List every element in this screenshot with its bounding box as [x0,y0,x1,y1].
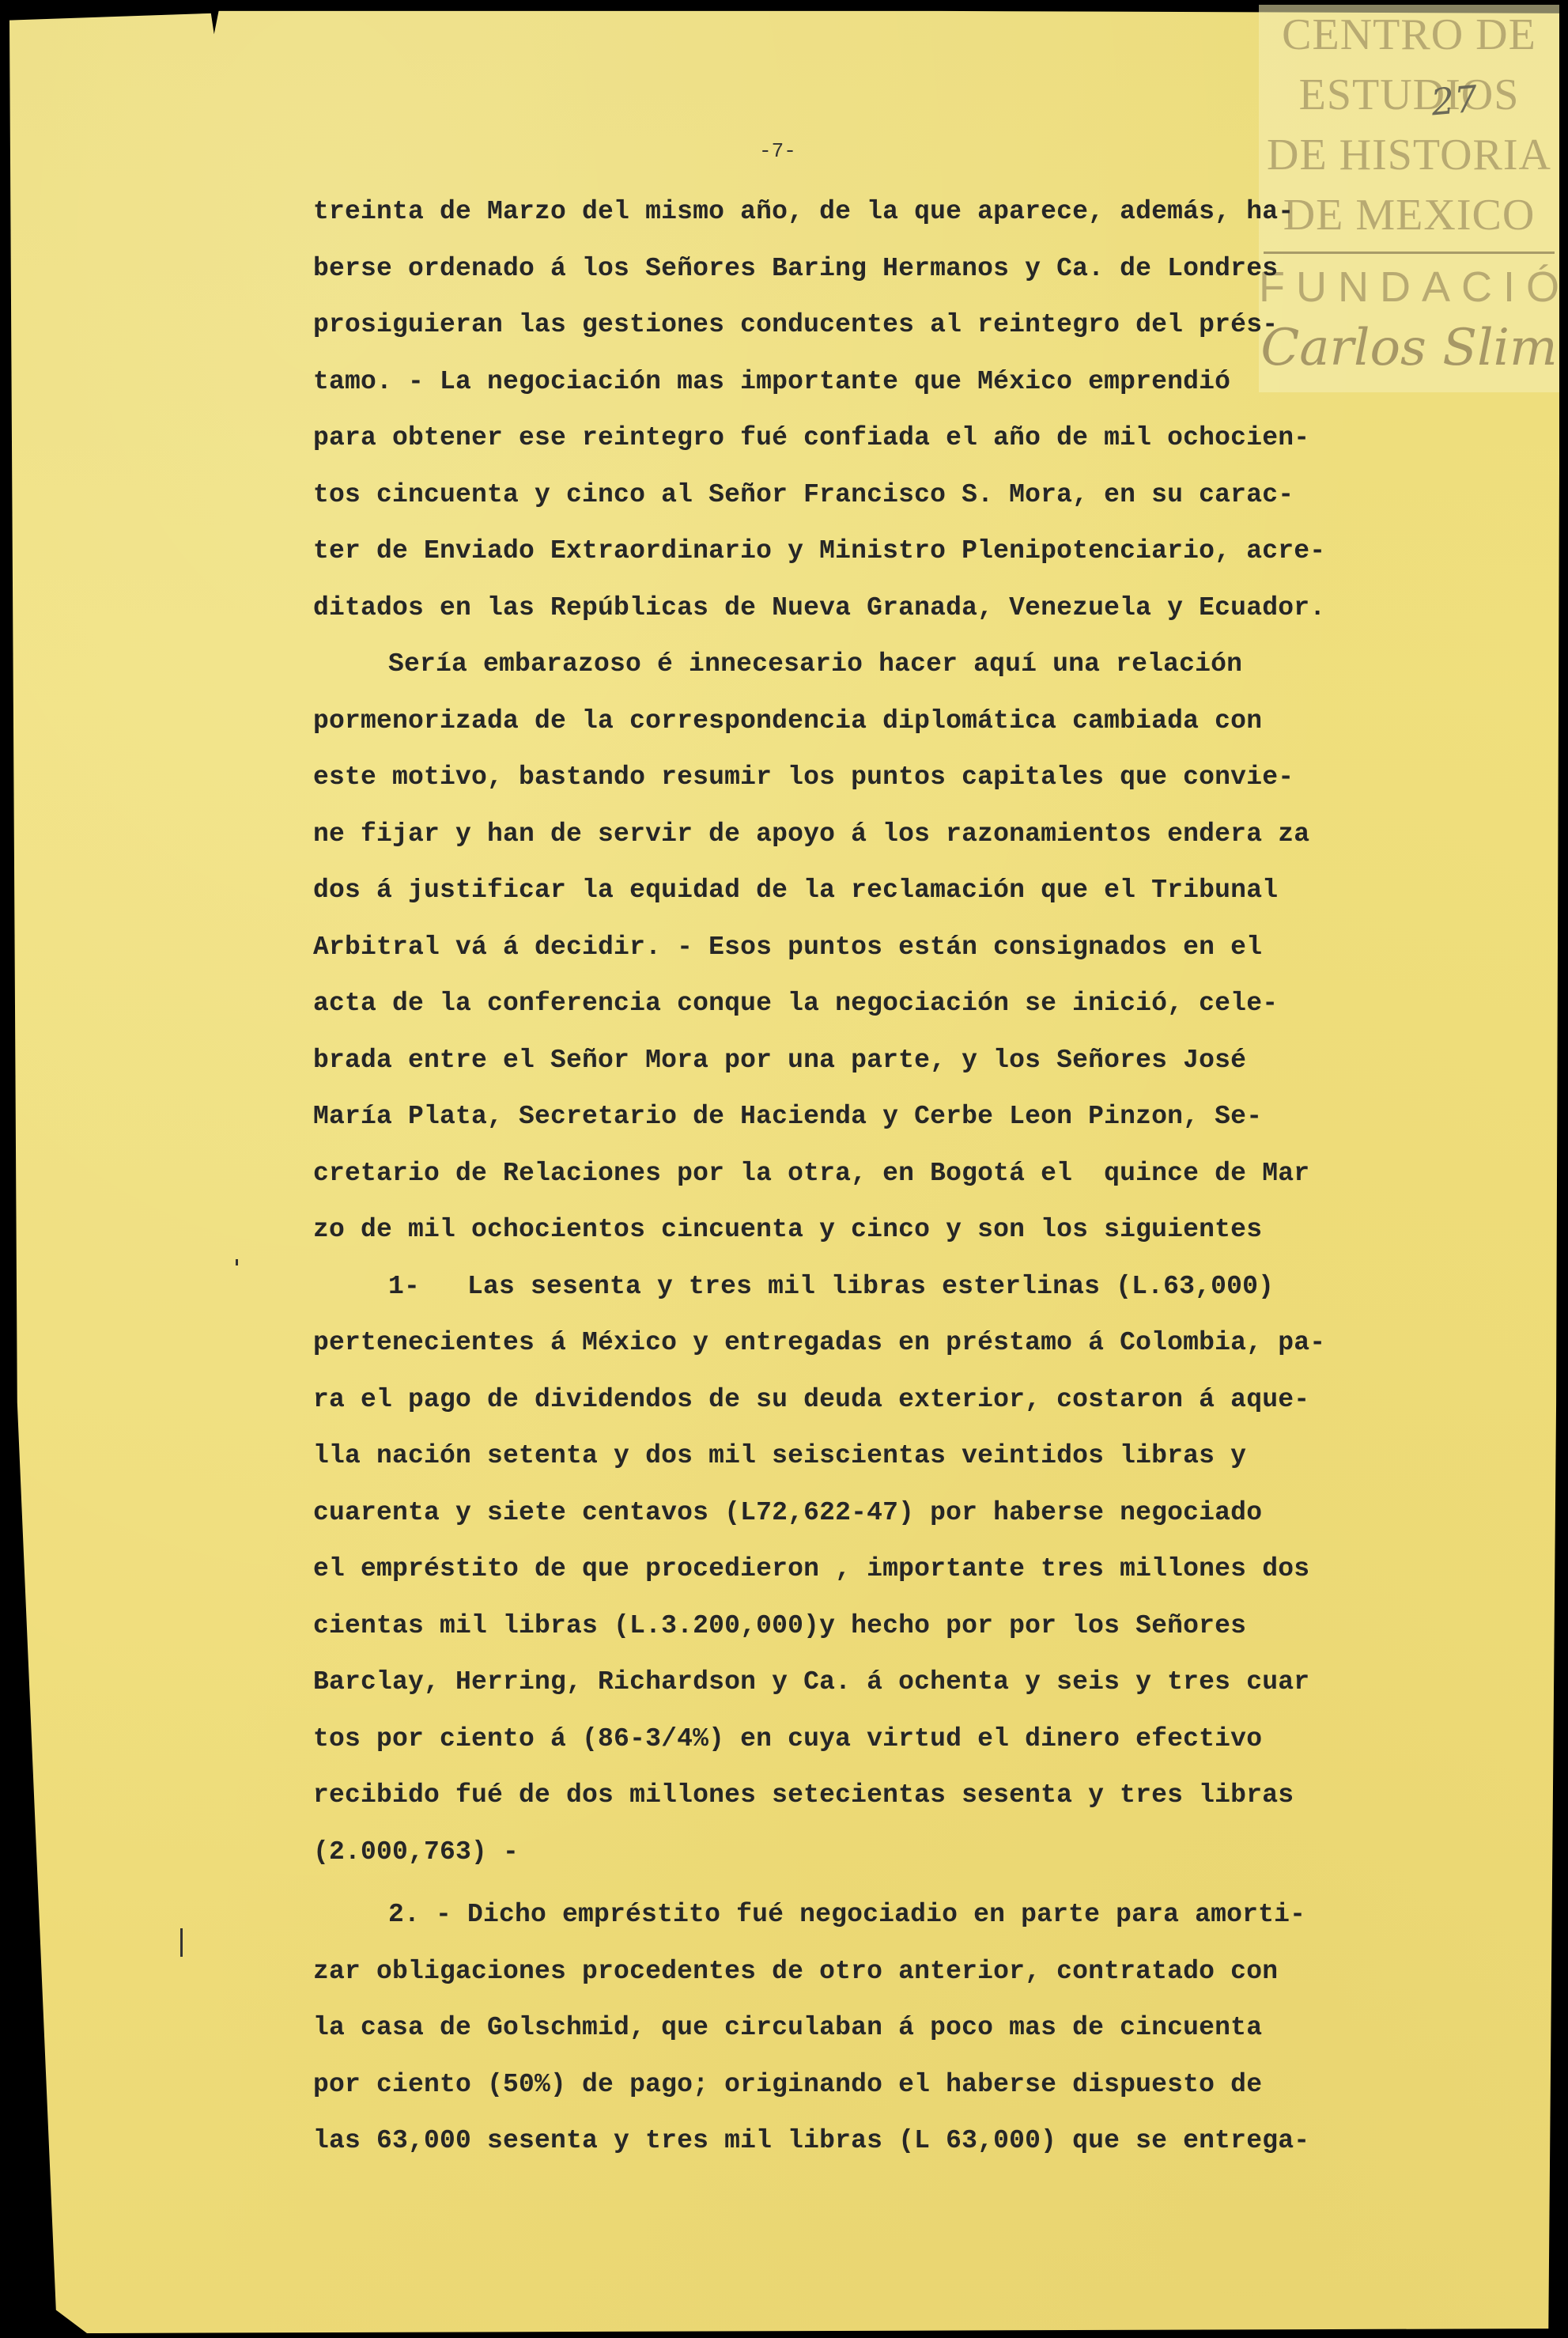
text-line: este motivo, bastando resumir los puntos… [313,749,1381,806]
paragraph-start-line: Sería embarazoso é innecesario hacer aqu… [313,636,1381,693]
list-item-2-start: 2. - Dicho empréstito fué negociadio en … [313,1886,1381,1943]
text-line: ne fijar y han de servir de apoyo á los … [313,806,1381,863]
text-line: Arbitral vá á decidir. - Esos puntos est… [313,919,1381,976]
text-line: las 63,000 sesenta y tres mil libras (L … [313,2113,1381,2170]
text-line: pertenecientes á México y entregadas en … [313,1315,1381,1371]
text-line: María Plata, Secretario de Hacienda y Ce… [313,1088,1381,1145]
text-line: Barclay, Herring, Richardson y Ca. á och… [313,1654,1381,1711]
text-line: berse ordenado á los Señores Baring Herm… [313,240,1381,297]
text-line: tos cincuenta y cinco al Señor Francisco… [313,467,1381,524]
text-line: ra el pago de dividendos de su deuda ext… [313,1371,1381,1428]
page-number: -7- [759,139,796,163]
text-line: cuarenta y siete centavos (L72,622-47) p… [313,1485,1381,1542]
watermark-line: ESTUDIOS [1259,65,1559,125]
margin-mark [236,1259,238,1265]
text-line: cientas mil libras (L.3.200,000)y hecho … [313,1598,1381,1655]
text-line: recibido fué de dos millones setecientas… [313,1767,1381,1824]
text-line: ter de Enviado Extraordinario y Ministro… [313,523,1381,580]
text-line: tos por ciento á (86-3/4%) en cuya virtu… [313,1711,1381,1768]
text-line: treinta de Marzo del mismo año, de la qu… [313,183,1381,240]
text-line: dos á justificar la equidad de la reclam… [313,862,1381,919]
text-line: el empréstito de que procedieron , impor… [313,1541,1381,1598]
text-line: cretario de Relaciones por la otra, en B… [313,1145,1381,1202]
text-line: zar obligaciones procedentes de otro ant… [313,1943,1381,2000]
watermark-line: CENTRO DE [1259,5,1559,65]
text-line: (2.000,763) - [313,1824,1381,1881]
text-line: acta de la conferencia conque la negocia… [313,975,1381,1032]
list-item-1-start: 1- Las sesenta y tres mil libras esterli… [313,1258,1381,1315]
text-line: tamo. - La negociación mas importante qu… [313,354,1381,410]
text-line: la casa de Golschmid, que circulaban á p… [313,1999,1381,2056]
text-line: zo de mil ochocientos cincuenta y cinco … [313,1201,1381,1258]
text-line: lla nación setenta y dos mil seiscientas… [313,1428,1381,1485]
text-line: prosiguieran las gestiones conducentes a… [313,297,1381,354]
typed-body-text: treinta de Marzo del mismo año, de la qu… [313,183,1381,2170]
watermark-line: DE HISTORIA [1259,125,1559,185]
handwritten-folio-number: 27 [1430,78,1479,124]
text-line: para obtener ese reintegro fué confiada … [313,410,1381,467]
text-line: pormenorizada de la correspondencia dipl… [313,693,1381,750]
text-line: ditados en las Repúblicas de Nueva Grana… [313,580,1381,637]
text-line: por ciento (50%) de pago; originando el … [313,2056,1381,2113]
text-line: brada entre el Señor Mora por una parte,… [313,1032,1381,1089]
margin-mark [180,1928,183,1957]
